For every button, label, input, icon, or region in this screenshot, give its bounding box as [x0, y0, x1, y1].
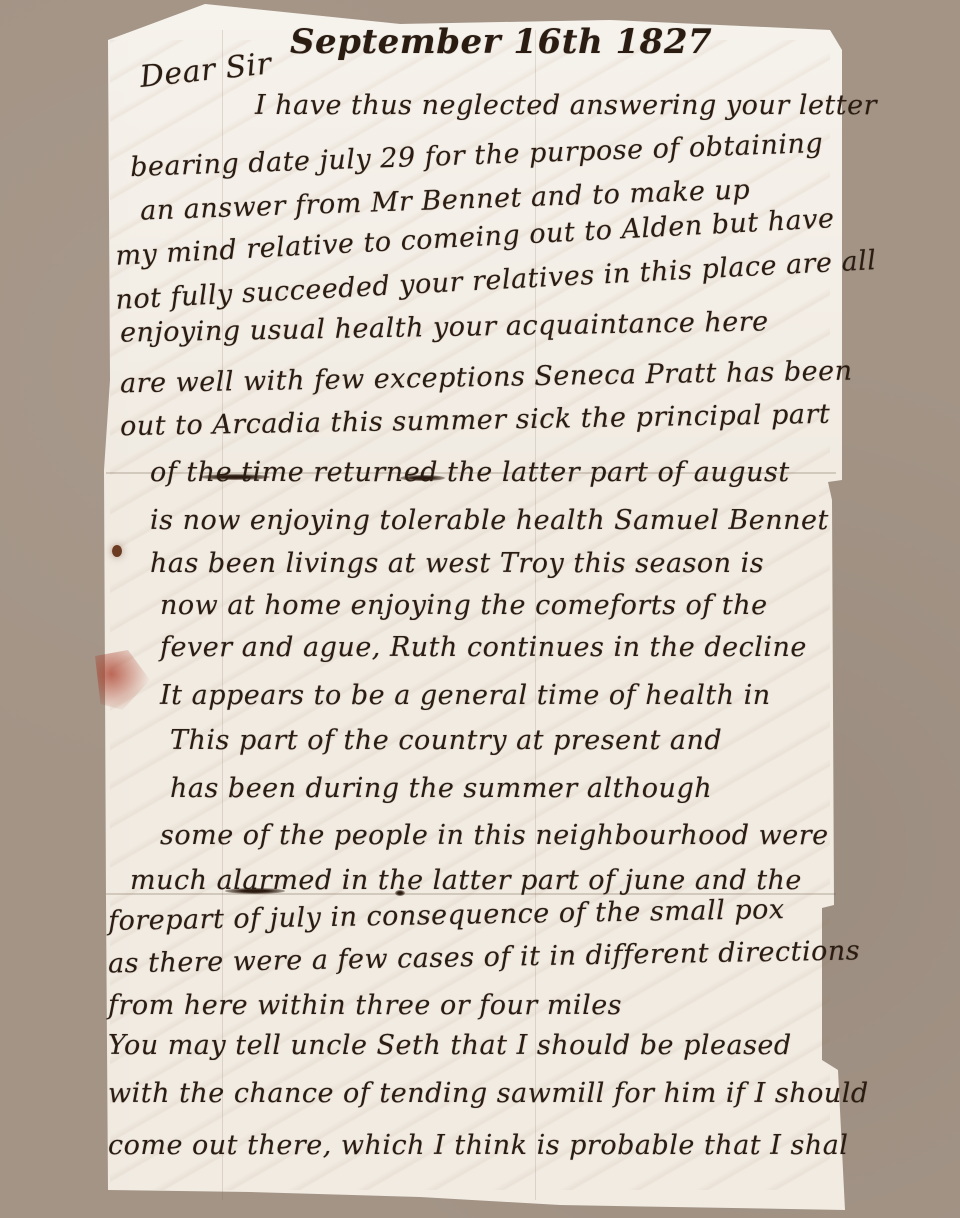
letter-line: fever and ague, Ruth continues in the de…: [160, 632, 807, 663]
letter-line: of the time returned the latter part of …: [150, 457, 790, 488]
letter-line: out to Arcadia this summer sick the prin…: [120, 399, 831, 442]
letter-line: are well with few exceptions Seneca Prat…: [120, 356, 853, 400]
letter-line: You may tell uncle Seth that I should be…: [108, 1030, 792, 1061]
greeting: Dear Sir: [138, 46, 273, 95]
letter-line: I have thus neglected answering your let…: [255, 90, 877, 121]
letter-date: September 16th 1827: [290, 22, 712, 62]
letter-line: now at home enjoying the comeforts of th…: [160, 590, 768, 621]
letter-line: This part of the country at present and: [170, 725, 722, 756]
letter-line: with the chance of tending sawmill for h…: [108, 1078, 869, 1109]
letter-line: as there were a few cases of it in diffe…: [108, 935, 861, 979]
letter-line: forepart of july in consequence of the s…: [108, 894, 785, 937]
letter-line: enjoying usual health your acquaintance …: [120, 306, 769, 348]
letter-line: much alarmed in the latter part of june …: [130, 865, 802, 896]
letter-line: It appears to be a general time of healt…: [160, 680, 771, 711]
letter-line: has been livings at west Troy this seaso…: [150, 548, 764, 579]
letter-line: come out there, which I think is probabl…: [108, 1130, 848, 1161]
letter-line: is now enjoying tolerable health Samuel …: [150, 505, 829, 536]
letter-line: has been during the summer although: [170, 773, 712, 804]
letter-text: Dear Sir September 16th 1827 I have thus…: [0, 0, 960, 1218]
letter-line: from here within three or four miles: [108, 990, 622, 1021]
letter-line: some of the people in this neighbourhood…: [160, 820, 829, 851]
